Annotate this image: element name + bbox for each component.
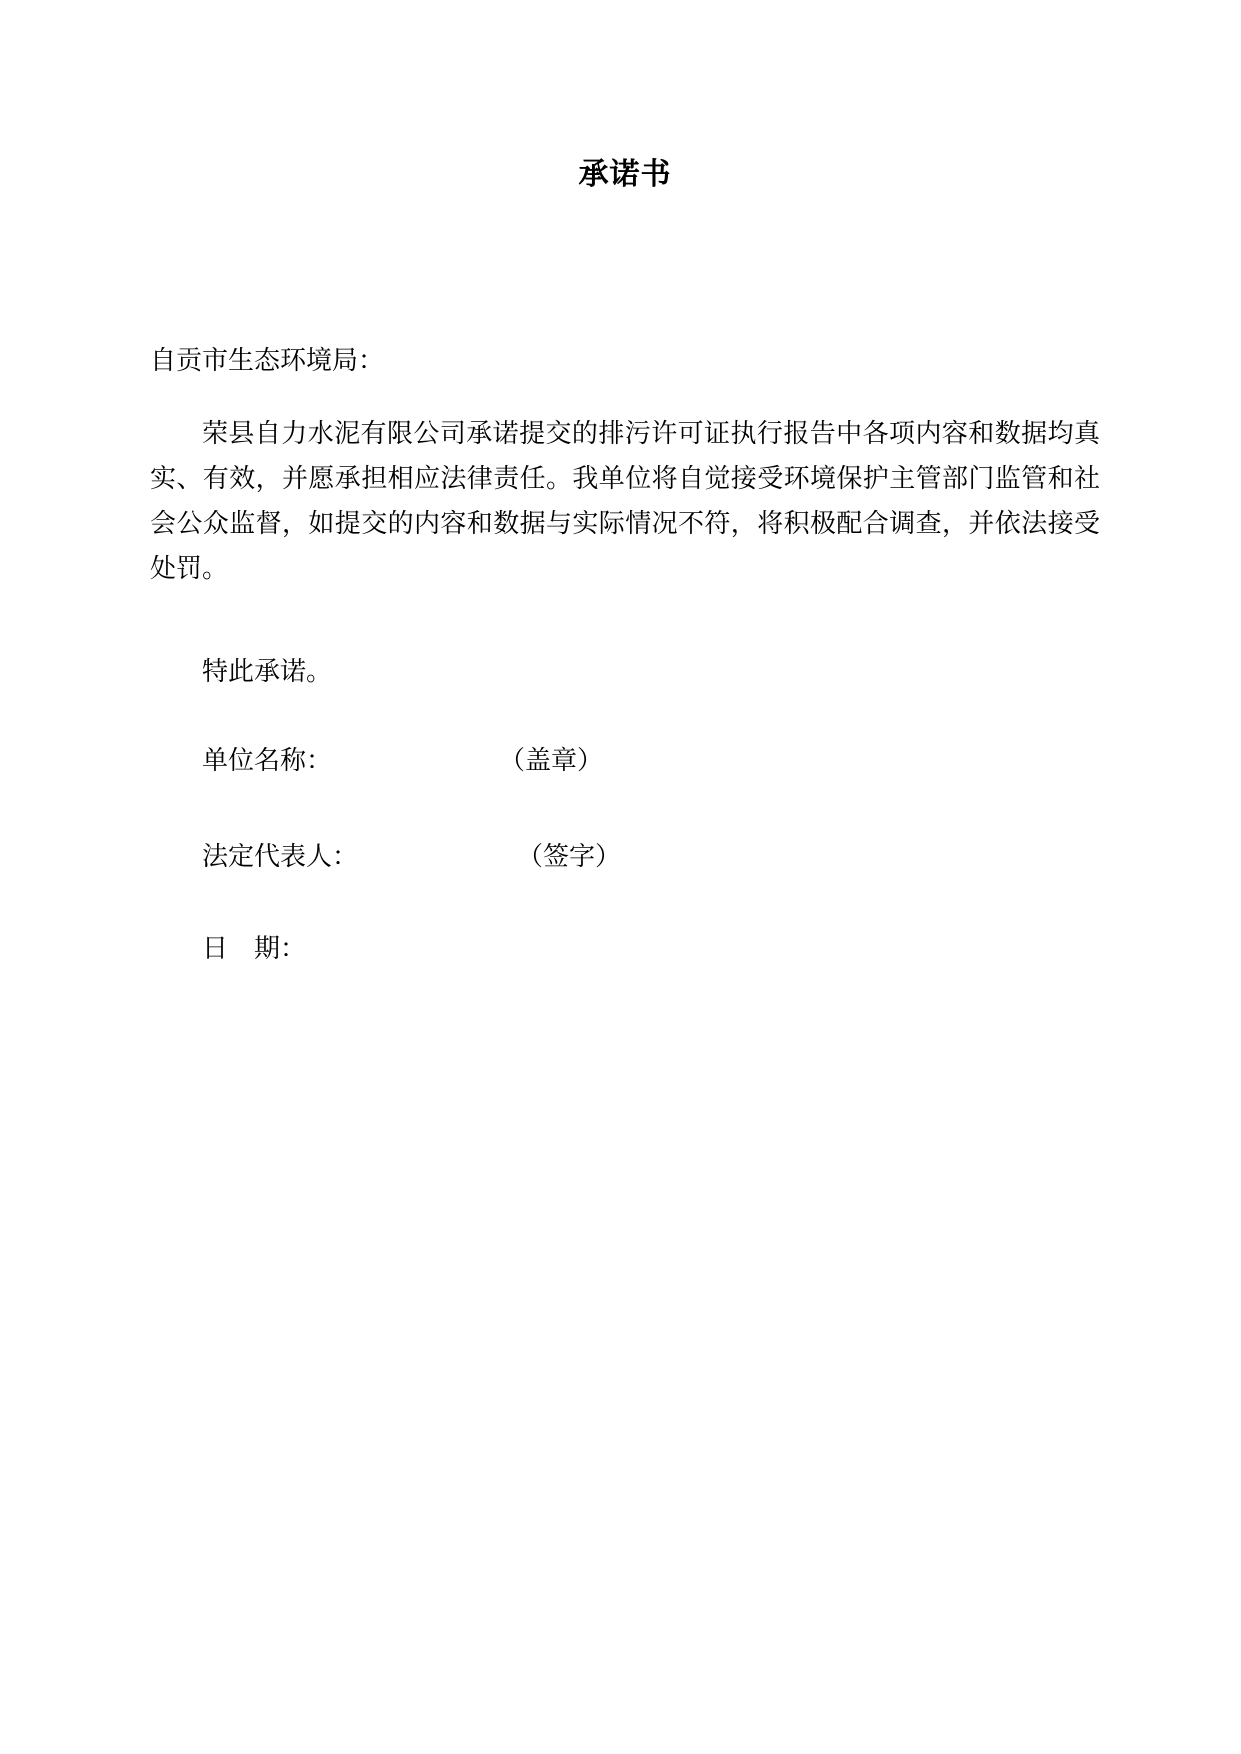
seal-note: （盖章） bbox=[512, 746, 603, 775]
date-line: 日 期： bbox=[150, 926, 1100, 971]
commitment-paragraph: 荣县自力水泥有限公司承诺提交的排污许可证执行报告中各项内容和数据均真实、有效，并… bbox=[150, 411, 1100, 591]
unit-name-line: 单位名称：（盖章） bbox=[150, 738, 1100, 783]
legal-representative-line: 法定代表人：（签字） bbox=[150, 834, 1100, 879]
unit-name-label: 单位名称： bbox=[202, 746, 332, 775]
date-label: 日 期： bbox=[202, 934, 306, 963]
legal-representative-label: 法定代表人： bbox=[202, 842, 358, 871]
document-title: 承诺书 bbox=[150, 155, 1100, 195]
document-page: 承诺书 自贡市生态环境局： 荣县自力水泥有限公司承诺提交的排污许可证执行报告中各… bbox=[0, 0, 1241, 1754]
signature-note: （签字） bbox=[530, 842, 621, 871]
closing-line: 特此承诺。 bbox=[150, 649, 1100, 694]
addressee-line: 自贡市生态环境局： bbox=[150, 341, 1100, 381]
